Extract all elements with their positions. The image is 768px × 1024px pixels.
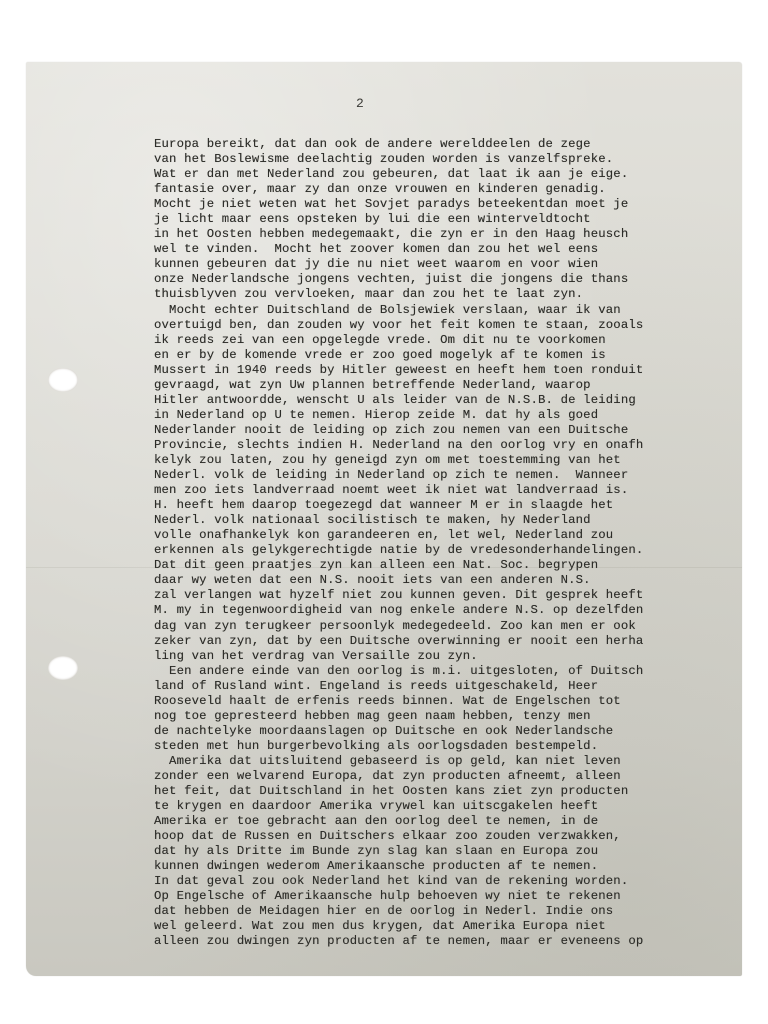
text-line: volle onafhankelyk kon garandeeren en, l… (154, 528, 754, 543)
text-line: nog toe gepresteerd hebben mag geen naam… (154, 709, 754, 724)
text-line: Mocht je niet weten wat het Sovjet parad… (154, 197, 754, 212)
text-line: fantasie over, maar zy dan onze vrouwen … (154, 182, 754, 197)
text-line: Een andere einde van den oorlog is m.i. … (154, 664, 754, 679)
text-line: men zoo iets landverraad noemt weet ik n… (154, 483, 754, 498)
text-line: Nederl. volk nationaal socilistisch te m… (154, 513, 754, 528)
text-line: het feit, dat Duitschland in het Oosten … (154, 784, 754, 799)
text-line: Op Engelsche of Amerikaansche hulp behoe… (154, 889, 754, 904)
text-line: daar wy weten dat een N.S. nooit iets va… (154, 573, 754, 588)
text-line: steden met hun burgerbevolking als oorlo… (154, 739, 754, 754)
text-line: Hitler antwoordde, wenscht U als leider … (154, 393, 754, 408)
text-line: ling van het verdrag van Versaille zou z… (154, 649, 754, 664)
text-line: Amerika er toe gebracht aan den oorlog d… (154, 814, 754, 829)
text-line: In dat geval zou ook Nederland het kind … (154, 874, 754, 889)
text-line: te krygen en daardoor Amerika vrywel kan… (154, 799, 754, 814)
text-line: zal verlangen wat hyzelf niet zou kunnen… (154, 588, 754, 603)
typewritten-page: 2 Europa bereikt, dat dan ook de andere … (26, 62, 742, 976)
text-line: erkennen als gelykgerechtigde natie by d… (154, 543, 754, 558)
text-line: kunnen dwingen wederom Amerikaansche pro… (154, 859, 754, 874)
text-line: Europa bereikt, dat dan ook de andere we… (154, 137, 754, 152)
text-line: Wat er dan met Nederland zou gebeuren, d… (154, 167, 754, 182)
text-line: Nederl. volk de leiding in Nederland op … (154, 468, 754, 483)
text-line: Mocht echter Duitschland de Bolsjewiek v… (154, 303, 754, 318)
text-line: alleen zou dwingen zyn producten af te n… (154, 934, 754, 949)
text-line: Dat dit geen praatjes zyn kan alleen een… (154, 558, 754, 573)
text-line: onze Nederlandsche jongens vechten, juis… (154, 272, 754, 287)
text-line: dat hebben de Meidagen hier en de oorlog… (154, 904, 754, 919)
text-line: wel geleerd. Wat zou men dus krygen, dat… (154, 919, 754, 934)
document-body: Europa bereikt, dat dan ook de andere we… (154, 137, 754, 950)
punch-hole (48, 368, 78, 392)
text-line: hoop dat de Russen en Duitschers elkaar … (154, 829, 754, 844)
text-line: de nachtelyke moordaanslagen op Duitsche… (154, 724, 754, 739)
text-line: in het Oosten hebben medegemaakt, die zy… (154, 227, 754, 242)
text-line: je licht maar eens opsteken by lui die e… (154, 212, 754, 227)
text-line: in Nederland op U te nemen. Hierop zeide… (154, 408, 754, 423)
text-line: dag van zyn terugkeer persoonlyk medeged… (154, 619, 754, 634)
text-line: H. heeft hem daarop toegezegd dat wannee… (154, 498, 754, 513)
text-line: Mussert in 1940 reeds by Hitler geweest … (154, 363, 754, 378)
text-line: Amerika dat uitsluitend gebaseerd is op … (154, 754, 754, 769)
text-line: land of Rusland wint. Engeland is reeds … (154, 679, 754, 694)
text-line: Rooseveld haalt de erfenis reeds binnen.… (154, 694, 754, 709)
text-line: thuisblyven zou vervloeken, maar dan zou… (154, 287, 754, 302)
text-line: kelyk zou laten, zou hy geneigd zyn om m… (154, 453, 754, 468)
text-line: Provincie, slechts indien H. Nederland n… (154, 438, 754, 453)
text-line: zonder een welvarend Europa, dat zyn pro… (154, 769, 754, 784)
text-line: ik reeds zei van een opgelegde vrede. Om… (154, 333, 754, 348)
text-line: dat hy als Dritte im Bunde zyn slag kan … (154, 844, 754, 859)
text-line: wel te vinden. Mocht het zoover komen da… (154, 242, 754, 257)
text-line: M. my in tegenwoordigheid van nog enkele… (154, 603, 754, 618)
text-line: overtuigd ben, dan zouden wy voor het fe… (154, 318, 754, 333)
text-line: kunnen gebeuren dat jy die nu niet weet … (154, 257, 754, 272)
text-line: Nederlander nooit de leiding op zich zou… (154, 423, 754, 438)
text-line: gevraagd, wat zyn Uw plannen betreffende… (154, 378, 754, 393)
punch-hole (48, 656, 78, 680)
text-line: zeker van zyn, dat by een Duitsche overw… (154, 634, 754, 649)
text-line: en er by de komende vrede er zoo goed mo… (154, 348, 754, 363)
text-line: van het Boslewisme deelachtig zouden wor… (154, 152, 754, 167)
page-number: 2 (356, 96, 364, 111)
